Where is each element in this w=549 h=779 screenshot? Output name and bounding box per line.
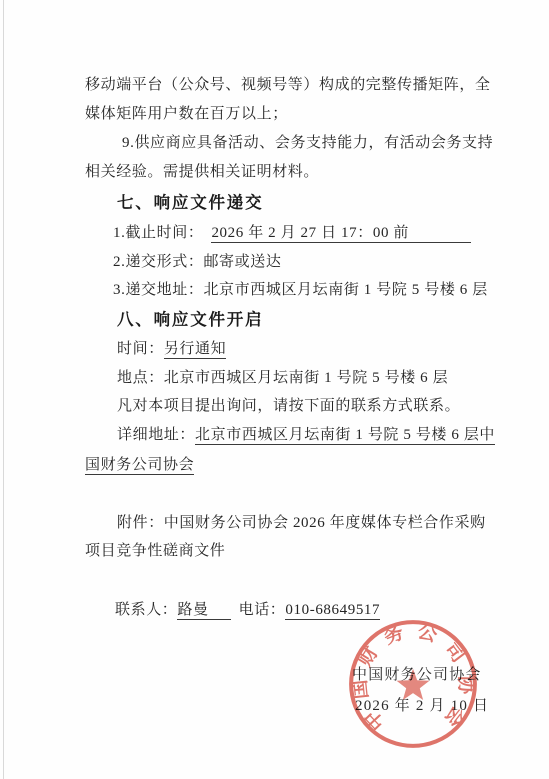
scan-edge-line — [3, 0, 4, 779]
delivery-address-line: 3.递交地址：北京市西城区月坛南街 1 号院 5 号楼 6 层 — [113, 281, 488, 299]
detail-address-line: 详细地址：北京市西城区月坛南街 1 号院 5 号楼 6 层中 — [117, 426, 495, 444]
inquiry-line: 凡对本项目提出询问，请按下面的联系方式联系。 — [117, 397, 460, 415]
body-line: 9.供应商应具备活动、会务支持能力，有活动会务支持 — [122, 134, 493, 152]
opening-time-line: 时间：另行通知 — [117, 340, 226, 358]
phone-label: 电话： — [239, 602, 286, 618]
detail-address-value-2: 国财务公司协会 — [85, 457, 194, 475]
attachment-line: 附件：中国财务公司协会 2026 年度媒体专栏合作采购 — [117, 514, 486, 532]
body-line: 相关经验。需提供相关证明材料。 — [85, 163, 319, 181]
section-7-heading: 七、响应文件递交 — [117, 194, 263, 214]
section-8-heading: 八、响应文件开启 — [117, 311, 263, 331]
underline-extension — [209, 604, 231, 620]
opening-location-line: 地点：北京市西城区月坛南街 1 号院 5 号楼 6 层 — [117, 369, 448, 387]
deadline-line: 1.截止时间：2026 年 2 月 27 日 17：00 前 — [113, 224, 471, 243]
contact-line: 联系人：路曼电话：010-68649517 — [115, 601, 380, 620]
detail-address-label: 详细地址： — [117, 427, 195, 443]
time-label: 时间： — [117, 341, 164, 357]
deadline-value: 2026 年 2 月 27 日 17：00 前 — [211, 225, 409, 243]
contact-name: 路曼 — [177, 602, 208, 620]
delivery-method-line: 2.递交形式：邮寄或送达 — [113, 253, 281, 271]
body-line: 媒体矩阵用户数在百万以上； — [85, 105, 288, 123]
attachment-line-2: 项目竞争性磋商文件 — [85, 542, 225, 560]
body-line: 移动端平台（公众号、视频号等）构成的完整传播矩阵，全 — [85, 76, 491, 94]
seal-star-icon — [397, 669, 430, 700]
deadline-label: 1.截止时间： — [113, 225, 203, 241]
contact-label: 联系人： — [115, 602, 177, 618]
document-page: 移动端平台（公众号、视频号等）构成的完整传播矩阵，全 媒体矩阵用户数在百万以上；… — [0, 0, 549, 779]
detail-address-value: 北京市西城区月坛南街 1 号院 5 号楼 6 层中 — [195, 427, 495, 445]
detail-address-line-2: 国财务公司协会 — [85, 456, 194, 474]
underline-extension — [409, 227, 471, 243]
time-value: 另行通知 — [164, 341, 226, 359]
official-seal-stamp: 中国财务公司协会 — [342, 613, 484, 755]
